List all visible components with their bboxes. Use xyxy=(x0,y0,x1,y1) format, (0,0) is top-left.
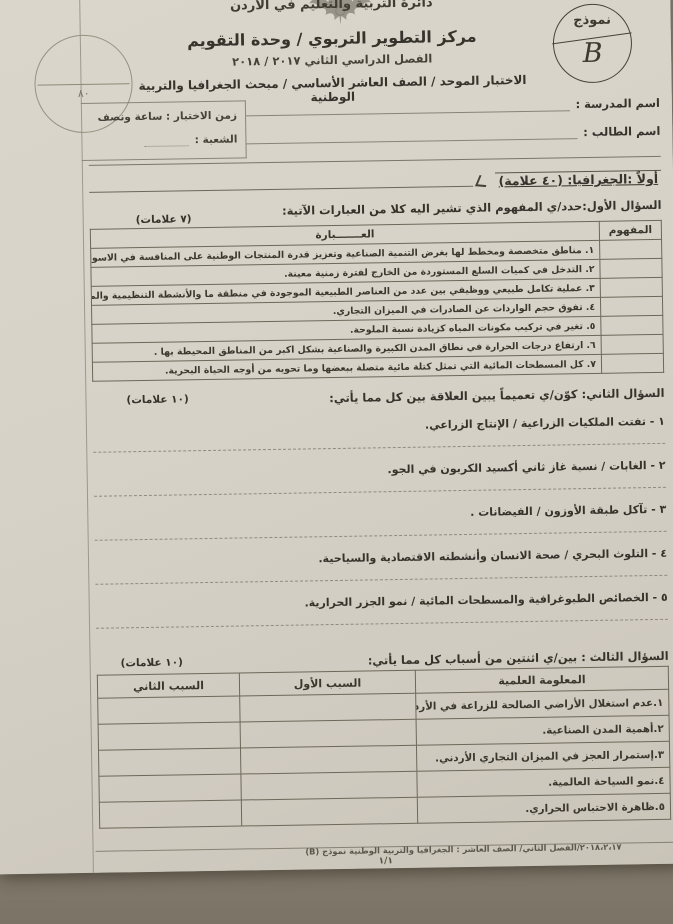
concept-answer-cell xyxy=(601,334,663,354)
list-item: ٣ - تآكل طبقة الأوزون / الفيضانات . xyxy=(94,503,666,525)
exam-time-label: زمن الاختبار : ساعة ونصف xyxy=(85,110,237,124)
semester-line: الفصل الدراسي الثاني ٢٠١٧ / ٢٠١٨ xyxy=(137,50,527,70)
reason2-answer-cell xyxy=(99,800,241,828)
exam-body: اسم المدرسة : اسم الطالب : زمن الاختبار … xyxy=(88,94,671,829)
exam-time-box: زمن الاختبار : ساعة ونصف الشعبة : xyxy=(81,100,247,161)
student-name-label: اسم الطالب : xyxy=(583,124,660,139)
concept-answer-cell xyxy=(601,353,663,373)
class-section-blank xyxy=(145,135,189,147)
list-item: ٤ - التلوث البحري / صحة الانسان وأنشطته … xyxy=(95,547,667,569)
list-item: ٥ - الخصائص الطبوغرافية والمسطحات المائي… xyxy=(96,591,668,613)
info-cell: ٥.ظاهرة الاحتباس الحراري. xyxy=(417,793,670,823)
reason1-answer-cell xyxy=(240,719,416,748)
reason1-answer-cell xyxy=(241,797,417,826)
class-section-row: الشعبة : xyxy=(85,133,237,147)
section-rule xyxy=(89,186,473,193)
exam-header: دائرة التربية والتعليم في الأردن مركز ال… xyxy=(136,0,528,107)
student-name-row: اسم الطالب : xyxy=(246,124,660,145)
exam-paper: ٨٠ نموذج B دائرة التربية والتعليم في الأ… xyxy=(0,0,673,874)
question1-marks: (٧ علامات) xyxy=(136,213,192,226)
reason2-column-header: السبب الثاني xyxy=(97,673,239,698)
reason1-answer-cell xyxy=(240,745,416,774)
concept-answer-cell xyxy=(600,296,662,316)
question3-title: السؤال الثالث : بين/ي اثنتين من أسباب كل… xyxy=(368,649,669,668)
question2-marks: (١٠ علامات) xyxy=(126,393,188,406)
question2-title: السؤال الثاني: كوّن/ي تعميماً يبين العلا… xyxy=(329,386,665,405)
marks-circle-divider xyxy=(37,83,129,85)
reason2-answer-cell xyxy=(98,722,240,750)
form-circle: نموذج B xyxy=(552,3,632,83)
class-section-label: الشعبة : xyxy=(195,133,238,146)
question1-title: السؤال الأول:حدد/ي المفهوم الذي تشير الي… xyxy=(282,198,662,218)
section-geography-row: أولاً :الجغرافيا: (٤٠ علامة) xyxy=(89,170,661,196)
reason2-answer-cell xyxy=(98,696,240,724)
student-info-block: اسم المدرسة : اسم الطالب : زمن الاختبار … xyxy=(88,94,661,166)
info-cell: ٤.نمو السياحة العالمية. xyxy=(417,767,670,797)
info-cell: ٢.أهمية المدن الصناعية. xyxy=(416,715,669,745)
concept-answer-cell xyxy=(600,258,662,278)
info-cell: ١.عدم استغلال الأراضي الصالحة للزراعة في… xyxy=(416,689,669,719)
pen-mark xyxy=(475,175,490,187)
question2-title-row: السؤال الثاني: كوّن/ي تعميماً يبين العلا… xyxy=(92,386,664,409)
form-label: نموذج xyxy=(553,12,630,28)
concept-answer-cell xyxy=(600,239,662,259)
section-geography-title: أولاً :الجغرافيا: (٤٠ علامة) xyxy=(495,170,661,190)
info-cell: ٣.إستمرار العجز في الميزان التجاري الأرد… xyxy=(416,741,669,771)
school-name-blank xyxy=(246,98,570,116)
form-letter: B xyxy=(554,37,631,69)
page-footer: ٢٠١٨،٢،١٧/الفصل الثاني/ الصف العاشر : ال… xyxy=(100,841,672,871)
student-info-fields: اسم المدرسة : اسم الطالب : xyxy=(246,94,661,158)
school-name-label: اسم المدرسة : xyxy=(575,96,660,111)
question2-block: السؤال الثاني: كوّن/ي تعميماً يبين العلا… xyxy=(92,386,668,629)
reason1-answer-cell xyxy=(240,693,416,722)
total-marks-value: ٨٠ xyxy=(36,86,132,101)
question1-table: المفهوم العـــــــبارة ١. مناطق متخصصة و… xyxy=(90,220,664,382)
concept-answer-cell xyxy=(601,315,663,335)
question3-table: المعلومة العلمية السبب الأول السبب الثان… xyxy=(97,666,671,829)
school-name-row: اسم المدرسة : xyxy=(246,96,660,117)
reason2-answer-cell xyxy=(99,774,241,802)
reason1-column-header: السبب الأول xyxy=(239,670,415,696)
answer-line xyxy=(94,487,666,497)
reason2-answer-cell xyxy=(99,748,241,776)
scanned-exam-page: ٨٠ نموذج B دائرة التربية والتعليم في الأ… xyxy=(0,0,673,924)
question3-marks: (١٠ علامات) xyxy=(121,656,183,669)
answer-line xyxy=(93,443,665,453)
answer-line xyxy=(95,575,667,585)
question3-block: السؤال الثالث : بين/ي اثنتين من أسباب كل… xyxy=(97,649,672,829)
concept-column-header: المفهوم xyxy=(599,220,661,240)
reason1-answer-cell xyxy=(241,771,417,800)
concept-answer-cell xyxy=(600,277,662,297)
answer-line xyxy=(96,619,668,629)
list-item: ٢ - الغابات / نسبة غاز ثاني أكسيد الكربو… xyxy=(94,459,666,481)
list-item: ١ - تفتت الملكيات الزراعية / الإنتاج الز… xyxy=(93,415,665,437)
student-name-blank xyxy=(246,126,577,144)
answer-line xyxy=(95,531,667,541)
